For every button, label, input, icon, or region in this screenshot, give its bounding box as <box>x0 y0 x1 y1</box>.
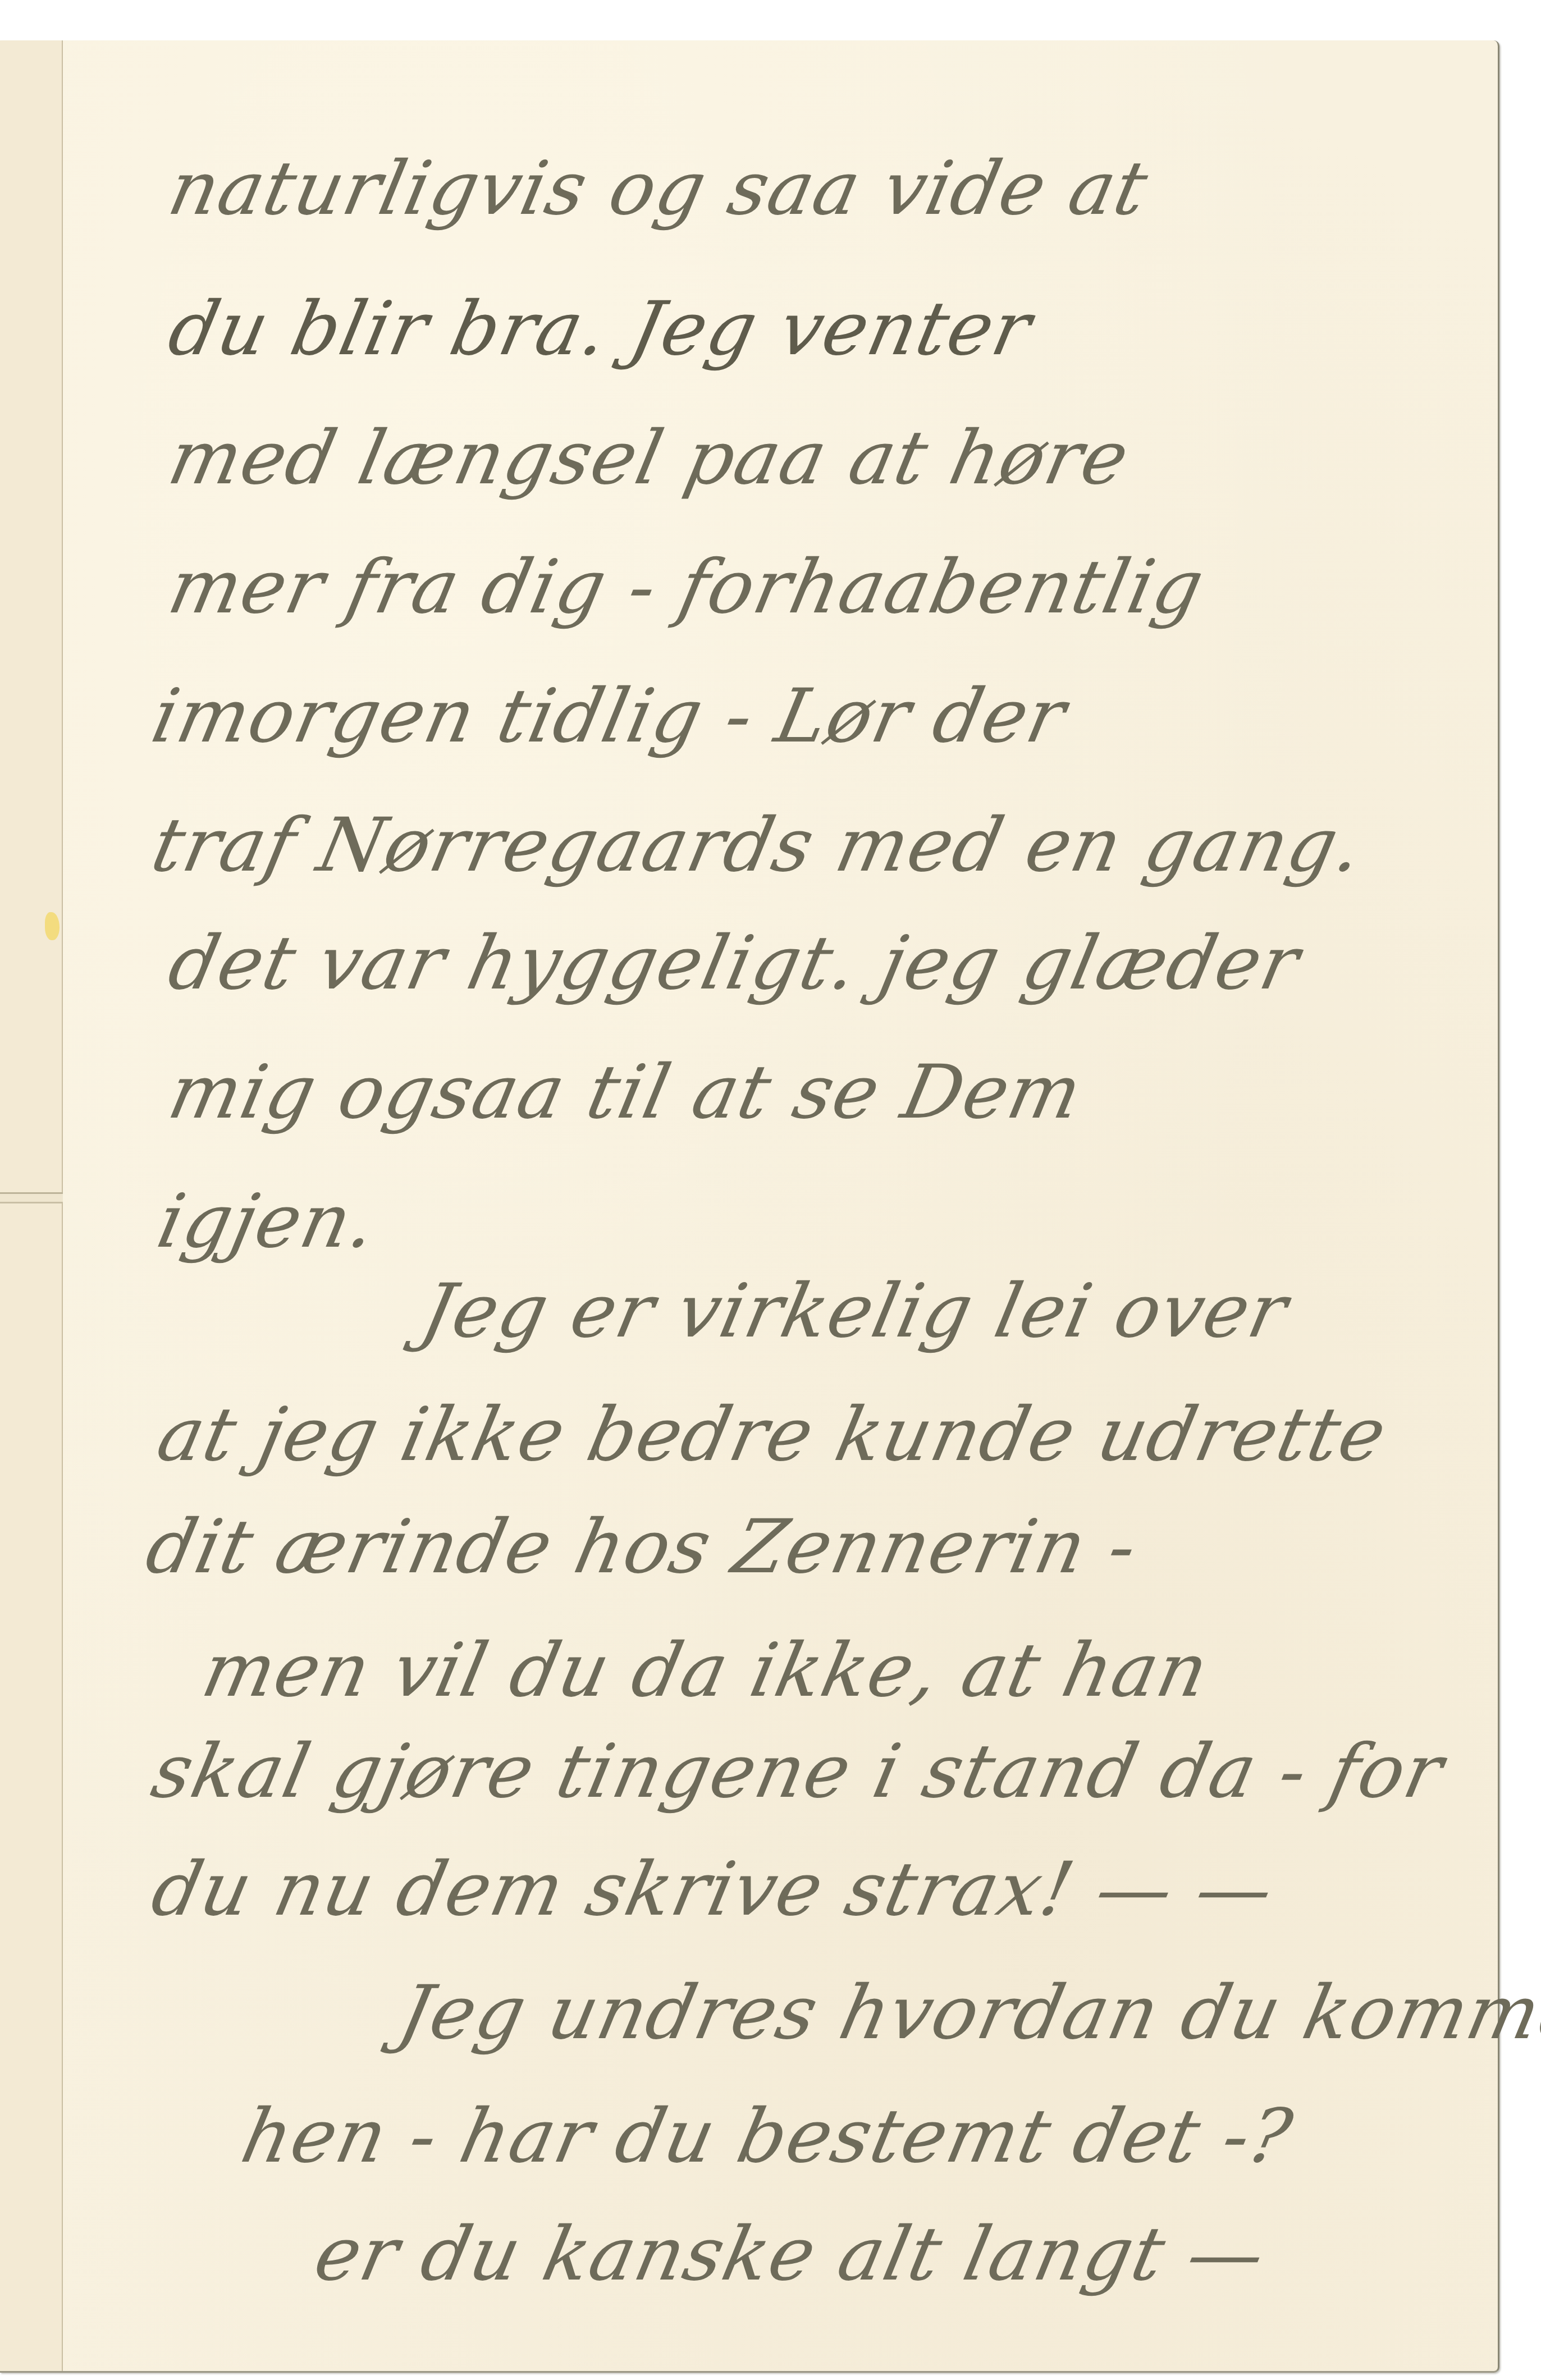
text-line-10: Jeg er virkelig lei over <box>415 1274 1294 1348</box>
text-line-11: at jeg ikke bedre kunde udrette <box>152 1398 1393 1472</box>
text-line-2: du blir bra. Jeg venter <box>163 292 1038 366</box>
text-line-8: mig ogsaa til at se Dem <box>163 1055 1089 1129</box>
text-line-17: hen - har du bestemt det -? <box>236 2099 1299 2173</box>
text-line-4: mer fra dig - forhaabentlig <box>163 550 1210 624</box>
text-line-16: Jeg undres hvordan du kommer <box>393 1976 1541 2050</box>
text-line-1: naturligvis og saa vide at <box>163 152 1154 226</box>
handwritten-text: naturligvis og saa vide at du blir bra. … <box>0 0 1541 2380</box>
text-line-3: med længsel paa at høre <box>163 421 1136 495</box>
text-line-14: skal gjøre tingene i stand da - for <box>146 1734 1450 1809</box>
text-line-18: er du kanske alt langt — <box>309 2217 1272 2291</box>
text-line-12: dit ærinde hos Zennerin - <box>140 1510 1144 1584</box>
text-line-13: men vil du da ikke, at han <box>196 1633 1215 1708</box>
text-line-6: traf Nørregaards med en gang. <box>146 808 1370 882</box>
text-line-15: du nu dem skrive strax! — — <box>146 1852 1281 1926</box>
text-line-9: igjen. <box>152 1184 383 1258</box>
text-line-5: imorgen tidlig - Lør der <box>146 679 1073 753</box>
text-line-7: det var hyggeligt. jeg glæder <box>163 926 1306 1000</box>
